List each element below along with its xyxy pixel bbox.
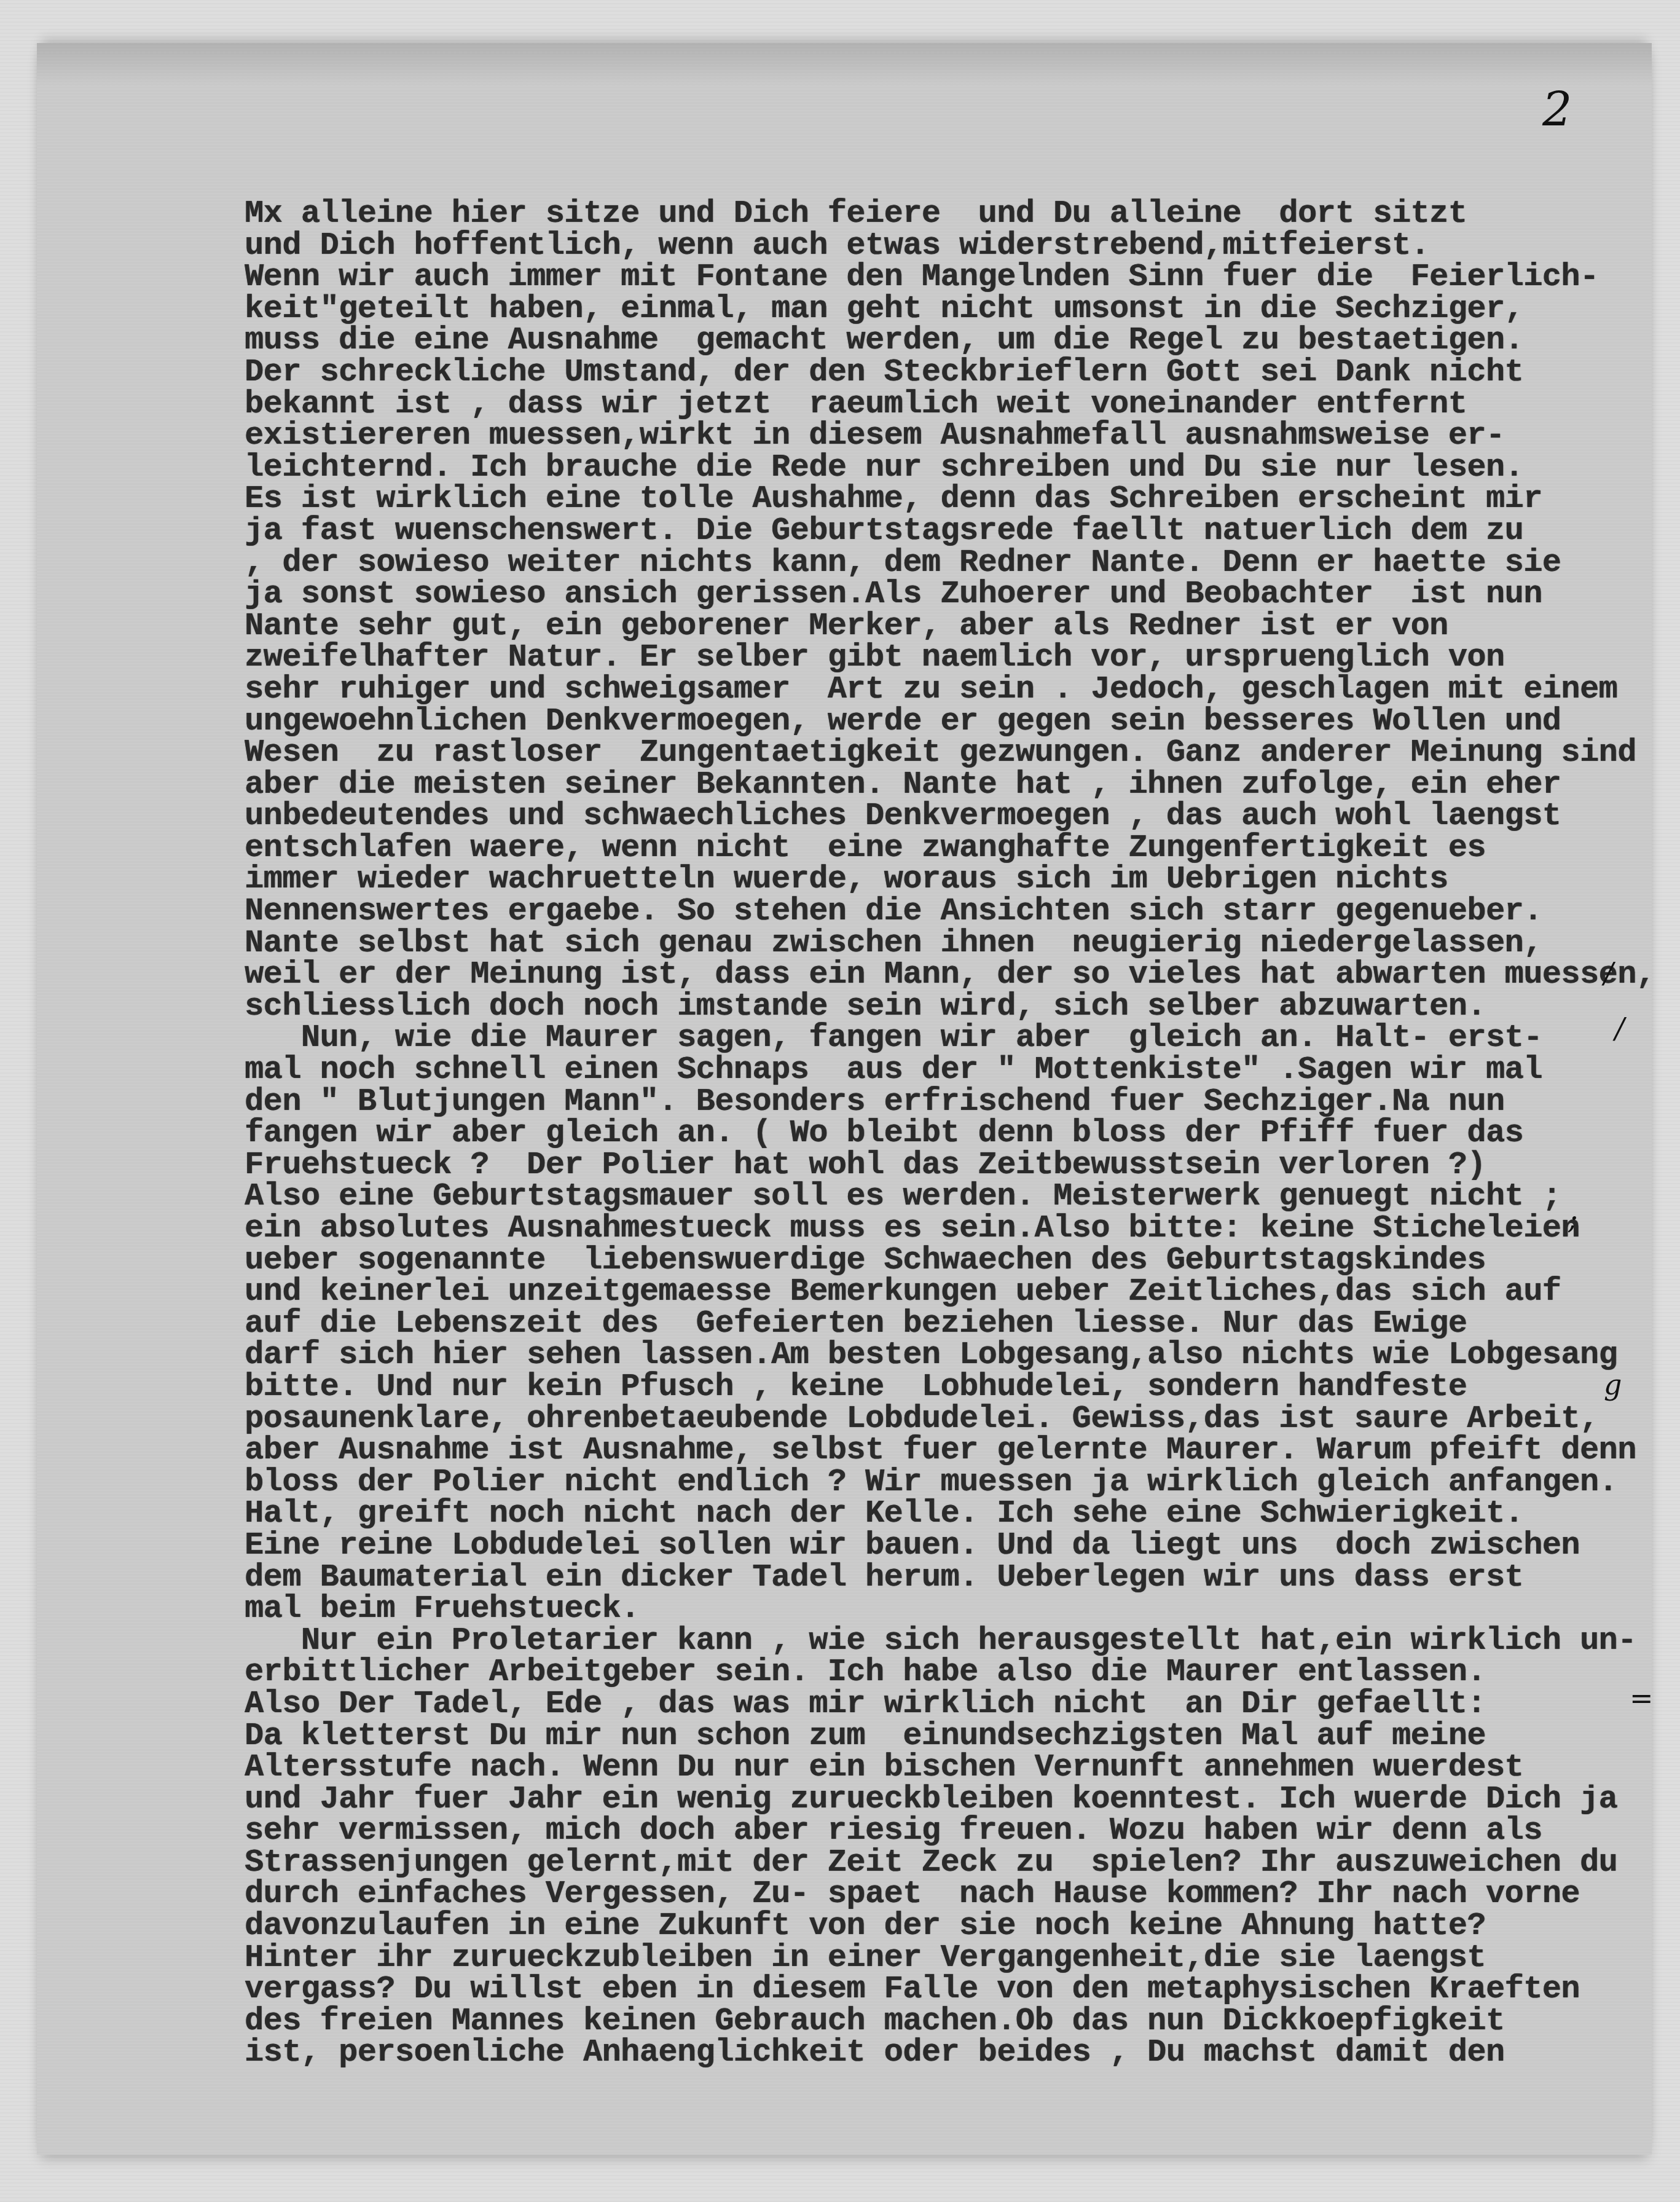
- text-line: Eine reine Lobdudelei sollen wir bauen. …: [245, 1530, 1655, 1562]
- text-line: Hinter ihr zurueckzubleiben in einer Ver…: [245, 1942, 1655, 1974]
- text-line: bloss der Polier nicht endlich ? Wir mue…: [245, 1466, 1655, 1498]
- text-line: entschlafen waere, wenn nicht eine zwang…: [245, 832, 1655, 864]
- text-line: dem Baumaterial ein dicker Tadel herum. …: [245, 1562, 1655, 1594]
- text-line: Nun, wie die Maurer sagen, fangen wir ab…: [245, 1022, 1655, 1054]
- margin-equals-mark: =: [1630, 1684, 1654, 1712]
- text-line: posaunenklare, ohrenbetaeubende Lobdudel…: [245, 1403, 1655, 1435]
- text-line: den " Blutjungen Mann". Besonders erfris…: [245, 1086, 1655, 1118]
- text-line: immer wieder wachruetteln wuerde, woraus…: [245, 863, 1655, 895]
- text-line: Altersstufe nach. Wenn Du nur ein bische…: [245, 1752, 1655, 1783]
- text-line: Fruehstueck ? Der Polier hat wohl das Ze…: [245, 1149, 1655, 1181]
- text-line: Nennenswertes ergaebe. So stehen die Ans…: [245, 895, 1655, 927]
- letter-body: Mx alleine hier sitze und Dich feiere un…: [245, 198, 1655, 2069]
- text-line: Es ist wirklich eine tolle Aushahme, den…: [245, 483, 1655, 515]
- text-line: Also Der Tadel, Ede , das was mir wirkli…: [245, 1688, 1655, 1720]
- text-line: auf die Lebenszeit des Gefeierten bezieh…: [245, 1308, 1655, 1340]
- text-line: zweifelhafter Natur. Er selber gibt naem…: [245, 642, 1655, 674]
- text-line: fangen wir aber gleich an. ( Wo bleibt d…: [245, 1117, 1655, 1149]
- text-line: Nur ein Proletarier kann , wie sich hera…: [245, 1625, 1655, 1657]
- text-line: vergass? Du willst eben in diesem Falle …: [245, 1973, 1655, 2005]
- text-line: aber die meisten seiner Bekannten. Nante…: [245, 769, 1655, 801]
- text-line: ueber sogenannte liebenswuerdige Schwaec…: [245, 1245, 1655, 1276]
- text-line: sehr vermissen, mich doch aber riesig fr…: [245, 1815, 1655, 1847]
- text-line: davonzulaufen in eine Zukunft von der si…: [245, 1910, 1655, 1942]
- text-line: erbittlicher Arbeitgeber sein. Ich habe …: [245, 1656, 1655, 1688]
- text-line: , der sowieso weiter nichts kann, dem Re…: [245, 547, 1655, 579]
- page-top-fold-shadow: [37, 43, 1652, 86]
- handwritten-page-number: 2: [1542, 86, 1572, 133]
- text-line: Da kletterst Du mir nun schon zum einund…: [245, 1720, 1655, 1752]
- text-line: Strassenjungen gelernt,mit der Zeit Zeck…: [245, 1847, 1655, 1879]
- text-line: Nante sehr gut, ein geborener Merker, ab…: [245, 610, 1655, 642]
- text-line: und Jahr fuer Jahr ein wenig zurueckblei…: [245, 1783, 1655, 1815]
- text-line: aber Ausnahme ist Ausnahme, selbst fuer …: [245, 1434, 1655, 1466]
- text-line: ein absolutes Ausnahmestueck muss es sei…: [245, 1213, 1655, 1245]
- text-line: muss die eine Ausnahme gemacht werden, u…: [245, 324, 1655, 356]
- text-line: darf sich hier sehen lassen.Am besten Lo…: [245, 1339, 1655, 1371]
- text-line: bitte. Und nur kein Pfusch , keine Lobhu…: [245, 1371, 1655, 1403]
- text-line: mal beim Fruehstueck.: [245, 1593, 1655, 1625]
- text-line: ja fast wuenschenswert. Die Geburtstagsr…: [245, 515, 1655, 547]
- margin-comma-mark: /: [1615, 1014, 1625, 1042]
- text-line: und keinerlei unzeitgemaesse Bemerkungen…: [245, 1276, 1655, 1308]
- text-line: Wenn wir auch immer mit Fontane den Mang…: [245, 261, 1655, 293]
- text-line: Halt, greift noch nicht nach der Kelle. …: [245, 1498, 1655, 1530]
- text-line: und Dich hoffentlich, wenn auch etwas wi…: [245, 230, 1655, 262]
- text-line: durch einfaches Vergessen, Zu- spaet nac…: [245, 1878, 1655, 1910]
- text-line: leichternd. Ich brauche die Rede nur sch…: [245, 452, 1655, 484]
- text-line: des freien Mannes keinen Gebrauch machen…: [245, 2005, 1655, 2037]
- text-line: Also eine Geburtstagsmauer soll es werde…: [245, 1181, 1655, 1213]
- margin-semicolon-mark: ;: [1568, 1205, 1578, 1233]
- text-line: Mx alleine hier sitze und Dich feiere un…: [245, 198, 1655, 230]
- text-line: keit"geteilt haben, einmal, man geht nic…: [245, 293, 1655, 325]
- text-line: schliesslich doch noch imstande sein wir…: [245, 991, 1655, 1023]
- text-line: Wesen zu rastloser Zungentaetigkeit gezw…: [245, 737, 1655, 769]
- text-line: mal noch schnell einen Schnaps aus der "…: [245, 1054, 1655, 1086]
- margin-comma-mark: /: [1604, 959, 1614, 987]
- text-line: weil er der Meinung ist, dass ein Mann, …: [245, 959, 1655, 991]
- text-line: Der schreckliche Umstand, der den Steckb…: [245, 356, 1655, 388]
- text-line: ja sonst sowieso ansich gerissen.Als Zuh…: [245, 578, 1655, 610]
- text-line: ist, persoenliche Anhaenglichkeit oder b…: [245, 2037, 1655, 2069]
- text-line: ungewoehnlichen Denkvermoegen, werde er …: [245, 706, 1655, 737]
- text-line: Nante selbst hat sich genau zwischen ihn…: [245, 927, 1655, 959]
- text-line: bekannt ist , dass wir jetzt raeumlich w…: [245, 388, 1655, 420]
- text-line: sehr ruhiger und schweigsamer Art zu sei…: [245, 674, 1655, 706]
- margin-g-mark: g: [1604, 1370, 1622, 1399]
- text-line: unbedeutendes und schwaechliches Denkver…: [245, 800, 1655, 832]
- text-line: existiereren muessen,wirkt in diesem Aus…: [245, 420, 1655, 452]
